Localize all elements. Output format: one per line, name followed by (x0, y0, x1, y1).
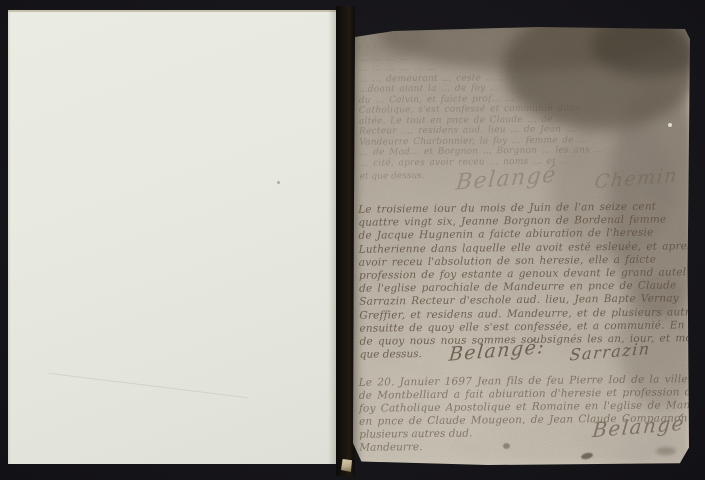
left-page-speck (277, 181, 280, 184)
book-gutter (336, 6, 355, 476)
manuscript-page: · · · … … … … … … … … … … … … demeurant … (353, 27, 690, 465)
ink-blot (580, 452, 593, 461)
under-page-edges (341, 459, 352, 472)
scanned-book-photo: · · · … … … … … … … … … … … … demeurant … (0, 0, 705, 480)
left-blank-page (8, 10, 338, 464)
ink-blot (503, 443, 510, 449)
paper-fleck (668, 123, 672, 127)
ink-blots (353, 27, 690, 465)
ink-smudge (656, 447, 676, 455)
left-page-crease (49, 373, 248, 398)
